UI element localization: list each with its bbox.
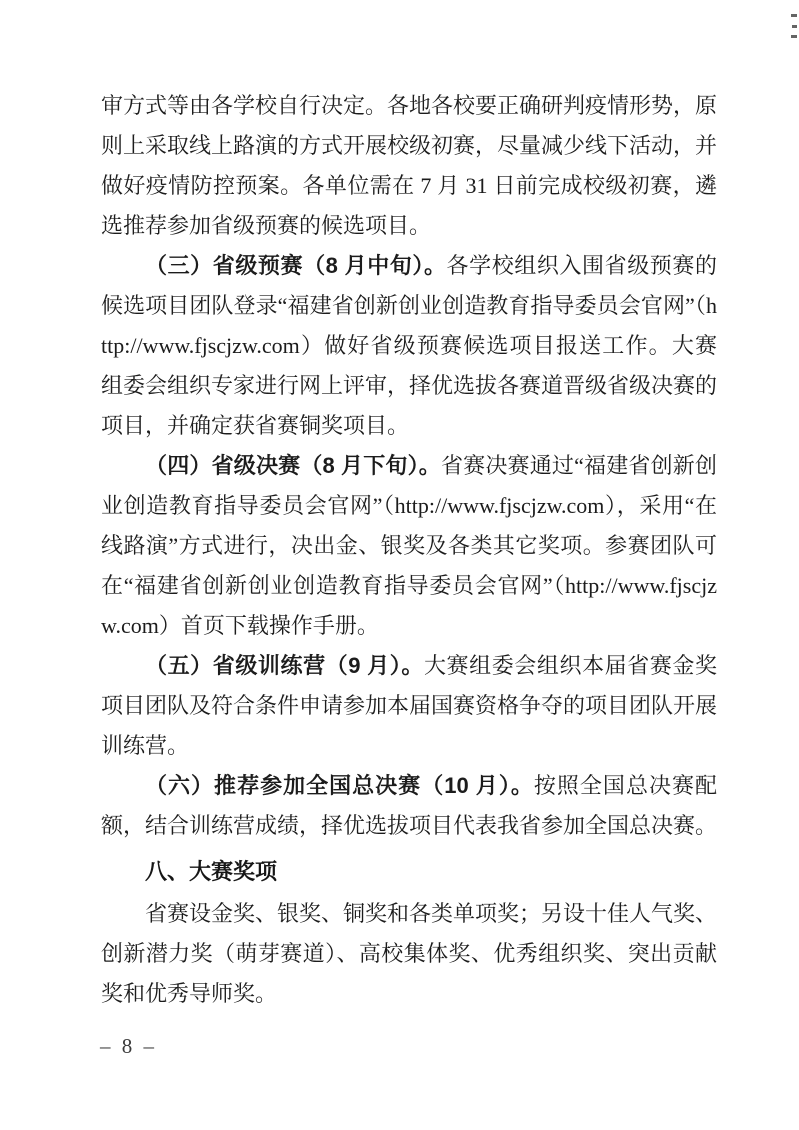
page-number: – 8 – bbox=[100, 1034, 157, 1058]
schedule-item-body: 省赛决赛通过“福建省创新创业创造教育指导委员会官网”（http://www.fj… bbox=[101, 453, 717, 638]
scan-artifact-mark bbox=[791, 35, 797, 38]
schedule-item-label: （五）省级训练营（9 月）。 bbox=[145, 653, 424, 678]
schedule-item: （三）省级预赛（8 月中旬）。各学校组织入围省级预赛的候选项目团队登录“福建省创… bbox=[101, 246, 717, 446]
continuation-paragraph-text: 审方式等由各学校自行决定。各地各校要正确研判疫情形势，原则上采取线上路演的方式开… bbox=[101, 93, 717, 238]
schedule-item-body: 各学校组织入围省级预赛的候选项目团队登录“福建省创新创业创造教育指导委员会官网”… bbox=[101, 253, 717, 438]
page-text-block: 审方式等由各学校自行决定。各地各校要正确研判疫情形势，原则上采取线上路演的方式开… bbox=[101, 86, 717, 1014]
schedule-item: （四）省级决赛（8 月下旬）。省赛决赛通过“福建省创新创业创造教育指导委员会官网… bbox=[101, 446, 717, 646]
scan-artifact-mark bbox=[792, 25, 797, 28]
schedule-item-label: （六）推荐参加全国总决赛（10 月）。 bbox=[145, 773, 534, 798]
document-page: 审方式等由各学校自行决定。各地各校要正确研判疫情形势，原则上采取线上路演的方式开… bbox=[0, 0, 799, 1130]
schedule-item: （六）推荐参加全国总决赛（10 月）。按照全国总决赛配额，结合训练营成绩，择优选… bbox=[101, 766, 717, 846]
continuation-paragraph: 审方式等由各学校自行决定。各地各校要正确研判疫情形势，原则上采取线上路演的方式开… bbox=[101, 86, 717, 246]
schedule-item-label: （三）省级预赛（8 月中旬）。 bbox=[145, 253, 447, 278]
scan-artifact-mark bbox=[791, 14, 797, 17]
schedule-item: （五）省级训练营（9 月）。大赛组委会组织本届省赛金奖项目团队及符合条件申请参加… bbox=[101, 646, 717, 766]
section-heading: 八、大赛奖项 bbox=[101, 852, 717, 892]
awards-paragraph-text: 省赛设金奖、银奖、铜奖和各类单项奖；另设十佳人气奖、创新潜力奖（萌芽赛道）、高校… bbox=[101, 901, 717, 1006]
scan-artifact bbox=[789, 12, 797, 46]
schedule-item-label: （四）省级决赛（8 月下旬）。 bbox=[145, 453, 441, 478]
awards-paragraph: 省赛设金奖、银奖、铜奖和各类单项奖；另设十佳人气奖、创新潜力奖（萌芽赛道）、高校… bbox=[101, 894, 717, 1014]
